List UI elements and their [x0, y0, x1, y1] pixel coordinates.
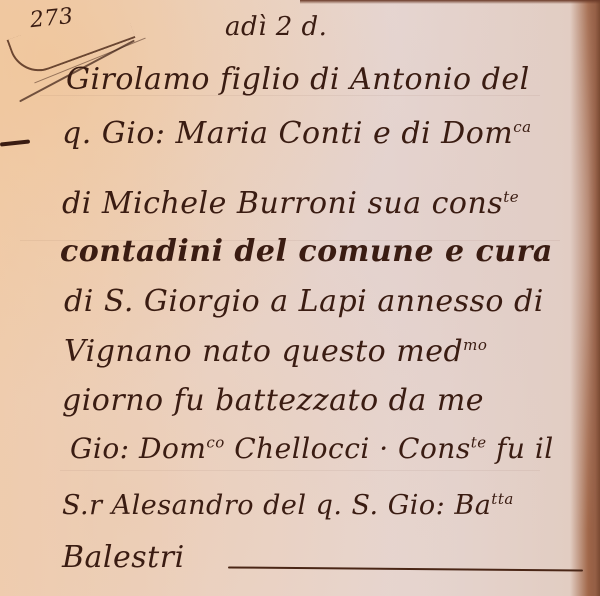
- entry-line-7: giorno fu battezzato da me: [62, 383, 484, 418]
- entry-line-2: q. Gio: Maria Conti e di Domca: [62, 116, 532, 151]
- page-binding-edge: [588, 0, 600, 596]
- superscript-abbrev: mo: [463, 336, 487, 354]
- entry-line-8: Gio: Domco Chellocci · Conste fu il: [70, 432, 554, 465]
- entry-line-8-text: Chellocci · Cons: [225, 432, 471, 465]
- manuscript-page: 273 adì 2 d. Girolamo figlio di Antonio …: [0, 0, 600, 596]
- entry-line-9: S.r Alesandro del q. S. Gio: Batta: [62, 490, 514, 521]
- superscript-abbrev: te: [471, 434, 487, 452]
- paper-fiber: [60, 470, 540, 471]
- entry-line-1: Girolamo figlio di Antonio del: [66, 62, 530, 97]
- closing-rule-line: [228, 566, 583, 571]
- date-heading: adì 2 d.: [225, 12, 327, 42]
- entry-line-6: Vignano nato questo medmo: [64, 334, 487, 369]
- entry-line-8-text: fu il: [487, 432, 554, 465]
- entry-line-6-text: Vignano nato questo med: [64, 334, 463, 369]
- top-page-shadow: [300, 0, 600, 4]
- entry-line-5: di S. Giorgio a Lapi annesso di: [64, 284, 544, 319]
- entry-line-10: Balestri: [62, 540, 185, 575]
- entry-line-8-text: Gio: Dom: [70, 432, 206, 465]
- superscript-abbrev: co: [206, 434, 224, 452]
- folio-number: 273: [29, 4, 75, 33]
- margin-dash-mark: [0, 139, 30, 146]
- superscript-abbrev: tta: [491, 490, 514, 508]
- superscript-abbrev: ca: [513, 118, 531, 136]
- entry-line-2-text: q. Gio: Maria Conti e di Dom: [62, 116, 513, 151]
- superscript-abbrev: te: [503, 188, 519, 206]
- entry-line-3-text: di Michele Burroni sua cons: [62, 186, 503, 221]
- entry-line-3: di Michele Burroni sua conste: [62, 186, 519, 221]
- entry-line-4: contadini del comune e cura: [60, 234, 553, 269]
- entry-line-9-text: S.r Alesandro del q. S. Gio: Ba: [62, 490, 491, 521]
